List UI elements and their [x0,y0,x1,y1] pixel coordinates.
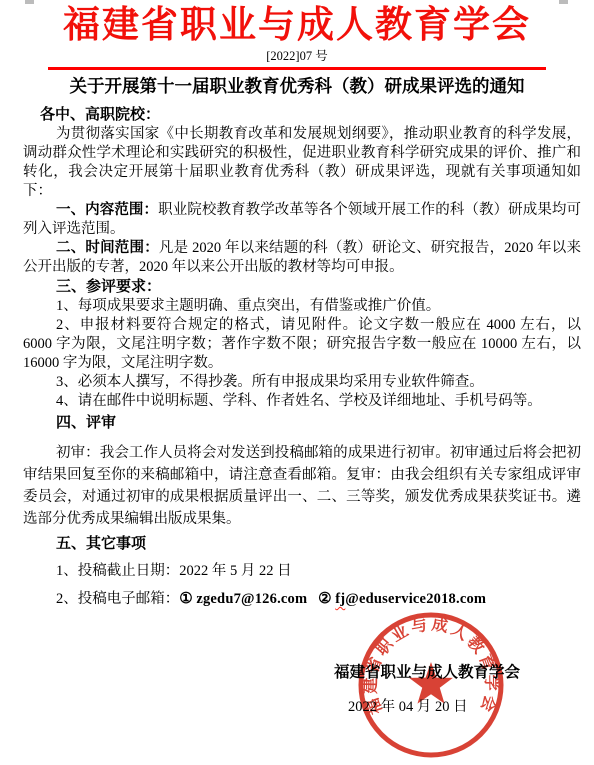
seal-graphic: 福建省职业与成人教育学会 [356,610,506,760]
intro-paragraph: 为贯彻落实国家《中长期教育改革和发展规划纲要》，推动职业教育的科学发展，调动群众… [23,125,581,201]
circled-2-icon: ② [318,591,331,607]
review-paragraph: 初审：我会工作人员将会对发送到投稿邮箱的成果进行初审。初审通过后将会把初审结果回… [23,442,581,530]
signature-org-name: 福建省职业与成人教育学会 [334,660,520,682]
notice-title: 关于开展第十一届职业教育优秀科（教）研成果评选的通知 [0,74,594,98]
deadline-label: 1、投稿截止日期： [56,563,179,579]
deadline-item: 1、投稿截止日期：2022 年 5 月 22 日 [23,562,581,581]
official-seal: 福建省职业与成人教育学会 [356,610,506,760]
section-5-heading: 五、其它事项 [23,535,581,554]
deadline-date: 2022 年 5 月 22 日 [179,563,291,579]
section-4-heading: 四、评审 [23,414,581,433]
doc-number: [2022]07 号 [0,49,594,64]
section-2-timerange: 二、时间范围：凡是 2020 年以来结题的科（教）研论文、研究报告，2020 年… [23,239,581,277]
notice-body: 各中、高职院校： 为贯彻落实国家《中长期教育改革和发展规划纲要》，推动职业教育的… [23,105,581,609]
section-1-scope: 一、内容范围：职业院校教育教学改革等各个领域开展工作的科（教）研成果均可列入评选… [23,201,581,239]
signature-date: 2022 年 04 月 20 日 [348,695,468,716]
email-address-2: fj@eduservice2018.com [335,591,486,607]
salutation: 各中、高职院校： [23,105,581,125]
requirement-item-4: 4、请在邮件中说明标题、学科、作者姓名、学校及详细地址、手机号码等。 [23,392,581,411]
letterhead-org-title: 福建省职业与成人教育学会 [0,0,594,47]
email-item: 2、投稿电子邮箱：① zgedu7@126.com ② fj@eduservic… [23,590,581,609]
email-address-1: zgedu7@126.com [196,591,307,607]
requirement-item-3: 3、必须本人撰写，不得抄袭。所有申报成果均采用专业软件筛查。 [23,373,581,392]
page-top-left-mark [25,0,34,4]
circled-1-icon: ① [179,591,192,607]
email-2-spellcheck-part: fj [335,591,345,607]
section-3-heading: 三、参评要求： [23,278,581,297]
email-item-label: 2、投稿电子邮箱： [56,591,179,607]
requirement-item-1: 1、每项成果要求主题明确、重点突出，有借鉴或推广价值。 [23,297,581,316]
section-1-label: 一、内容范围： [56,202,158,218]
email-2-domain-part: @eduservice2018.com [345,591,486,607]
page-top-right-mark [559,0,568,4]
section-2-label: 二、时间范围： [56,240,159,256]
letterhead-divider [48,67,546,70]
requirement-item-2: 2、申报材料要符合规定的格式，请见附件。论文字数一般应在 4000 左右，以 6… [23,316,581,373]
